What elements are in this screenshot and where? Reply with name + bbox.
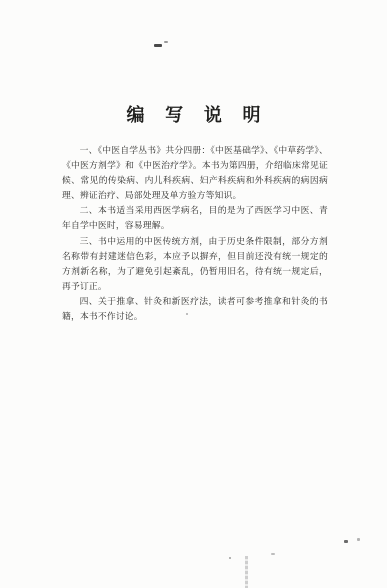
body-text: 一、《中医自学丛书》共分四册：《中医基础学》、《中草药学》、《中医方剂学》和《中… (62, 143, 328, 324)
paragraph-2: 二、本书适当采用西医学病名，目的是为了西医学习中医、青年自学中医时，容易理解。 (62, 203, 328, 233)
ink-speck (229, 557, 231, 559)
ink-smudge (164, 41, 168, 43)
ink-speck (344, 540, 348, 543)
ink-speck (186, 313, 188, 315)
ink-speck (357, 538, 360, 541)
book-page: 编写说明 一、《中医自学丛书》共分四册：《中医基础学》、《中草药学》、《中医方剂… (0, 0, 387, 588)
paragraph-3: 三、书中运用的中医传统方剂，由于历史条件限制，部分方剂名称带有封建迷信色彩，本应… (62, 234, 328, 294)
page-title: 编写说明 (0, 101, 387, 127)
ink-smudge (154, 44, 162, 47)
paragraph-4: 四、关于推拿、针灸和新医疗法，读者可参考推拿和针灸的书籍，本书不作讨论。 (62, 294, 328, 324)
scan-artifact-strip (245, 556, 248, 588)
ink-speck (271, 553, 275, 555)
paragraph-1: 一、《中医自学丛书》共分四册：《中医基础学》、《中草药学》、《中医方剂学》和《中… (62, 143, 328, 203)
